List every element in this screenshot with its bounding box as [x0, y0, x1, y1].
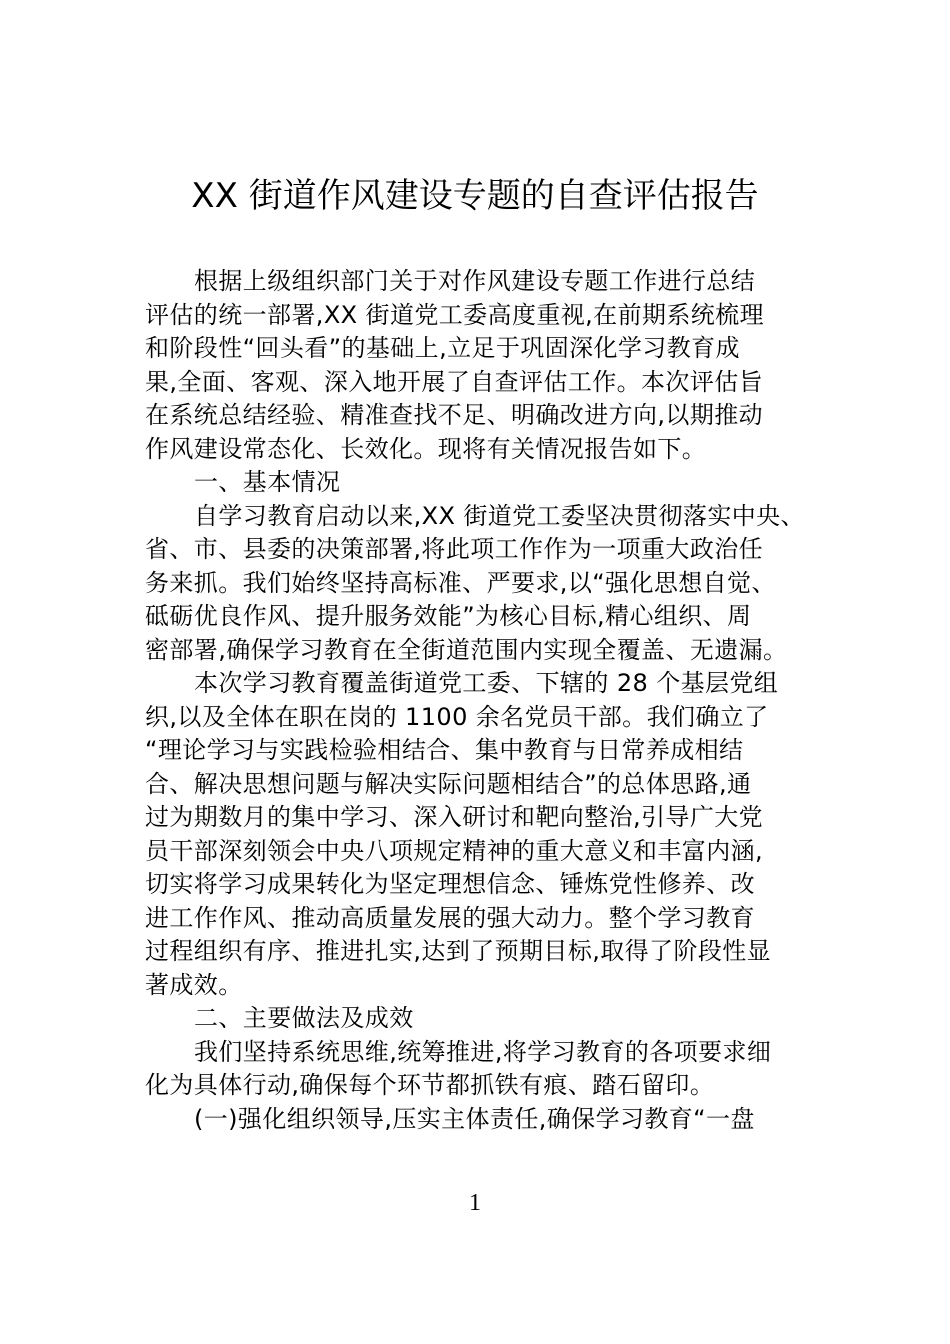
text-line: 密部署,确保学习教育在全街道范围内实现全覆盖、无遗漏。 [145, 634, 821, 668]
text-line: “理论学习与实践检验相结合、集中教育与日常养成相结 [145, 734, 821, 768]
subsection-heading: (一)强化组织领导,压实主体责任,确保学习教育“一盘 [145, 1103, 821, 1137]
text-line: 本次学习教育覆盖街道党工委、下辖的 28 个基层党组 [145, 667, 821, 701]
page-number: 1 [0, 1188, 950, 1218]
text-line: 化为具体行动,确保每个环节都抓铁有痕、踏石留印。 [145, 1069, 821, 1103]
text-line: 自学习教育启动以来,XX 街道党工委坚决贯彻落实中央、 [145, 500, 821, 534]
section-heading: 二、主要做法及成效 [145, 1002, 821, 1036]
text-line: 过为期数月的集中学习、深入研讨和靶向整治,引导广大党 [145, 801, 821, 835]
text-line: 著成效。 [145, 969, 821, 1003]
text-line: 果,全面、客观、深入地开展了自查评估工作。本次评估旨 [145, 366, 821, 400]
text-line: 务来抓。我们始终坚持高标准、严要求,以“强化思想自觉、 [145, 567, 821, 601]
document-title: XX 街道作风建设专题的自查评估报告 [0, 172, 950, 220]
document-body: 根据上级组织部门关于对作风建设专题工作进行总结 评估的统一部署,XX 街道党工委… [145, 265, 821, 1136]
text-line: 进工作作风、推动高质量发展的强大动力。整个学习教育 [145, 902, 821, 936]
text-line: 员干部深刻领会中央八项规定精神的重大意义和丰富内涵, [145, 835, 821, 869]
text-line: 评估的统一部署,XX 街道党工委高度重视,在前期系统梳理 [145, 299, 821, 333]
text-line: 作风建设常态化、长效化。现将有关情况报告如下。 [145, 433, 821, 467]
text-line: 省、市、县委的决策部署,将此项工作作为一项重大政治任 [145, 533, 821, 567]
text-line: 合、解决思想问题与解决实际问题相结合”的总体思路,通 [145, 768, 821, 802]
text-line: 和阶段性“回头看”的基础上,立足于巩固深化学习教育成 [145, 332, 821, 366]
text-line: 过程组织有序、推进扎实,达到了预期目标,取得了阶段性显 [145, 935, 821, 969]
text-line: 我们坚持系统思维,统筹推进,将学习教育的各项要求细 [145, 1036, 821, 1070]
text-line: 根据上级组织部门关于对作风建设专题工作进行总结 [145, 265, 821, 299]
text-line: 在系统总结经验、精准查找不足、明确改进方向,以期推动 [145, 399, 821, 433]
section-heading: 一、基本情况 [145, 466, 821, 500]
text-line: 砥砺优良作风、提升服务效能”为核心目标,精心组织、周 [145, 600, 821, 634]
document-page: XX 街道作风建设专题的自查评估报告 根据上级组织部门关于对作风建设专题工作进行… [0, 0, 950, 1344]
text-line: 织,以及全体在职在岗的 1100 余名党员干部。我们确立了 [145, 701, 821, 735]
text-line: 切实将学习成果转化为坚定理想信念、锤炼党性修养、改 [145, 868, 821, 902]
